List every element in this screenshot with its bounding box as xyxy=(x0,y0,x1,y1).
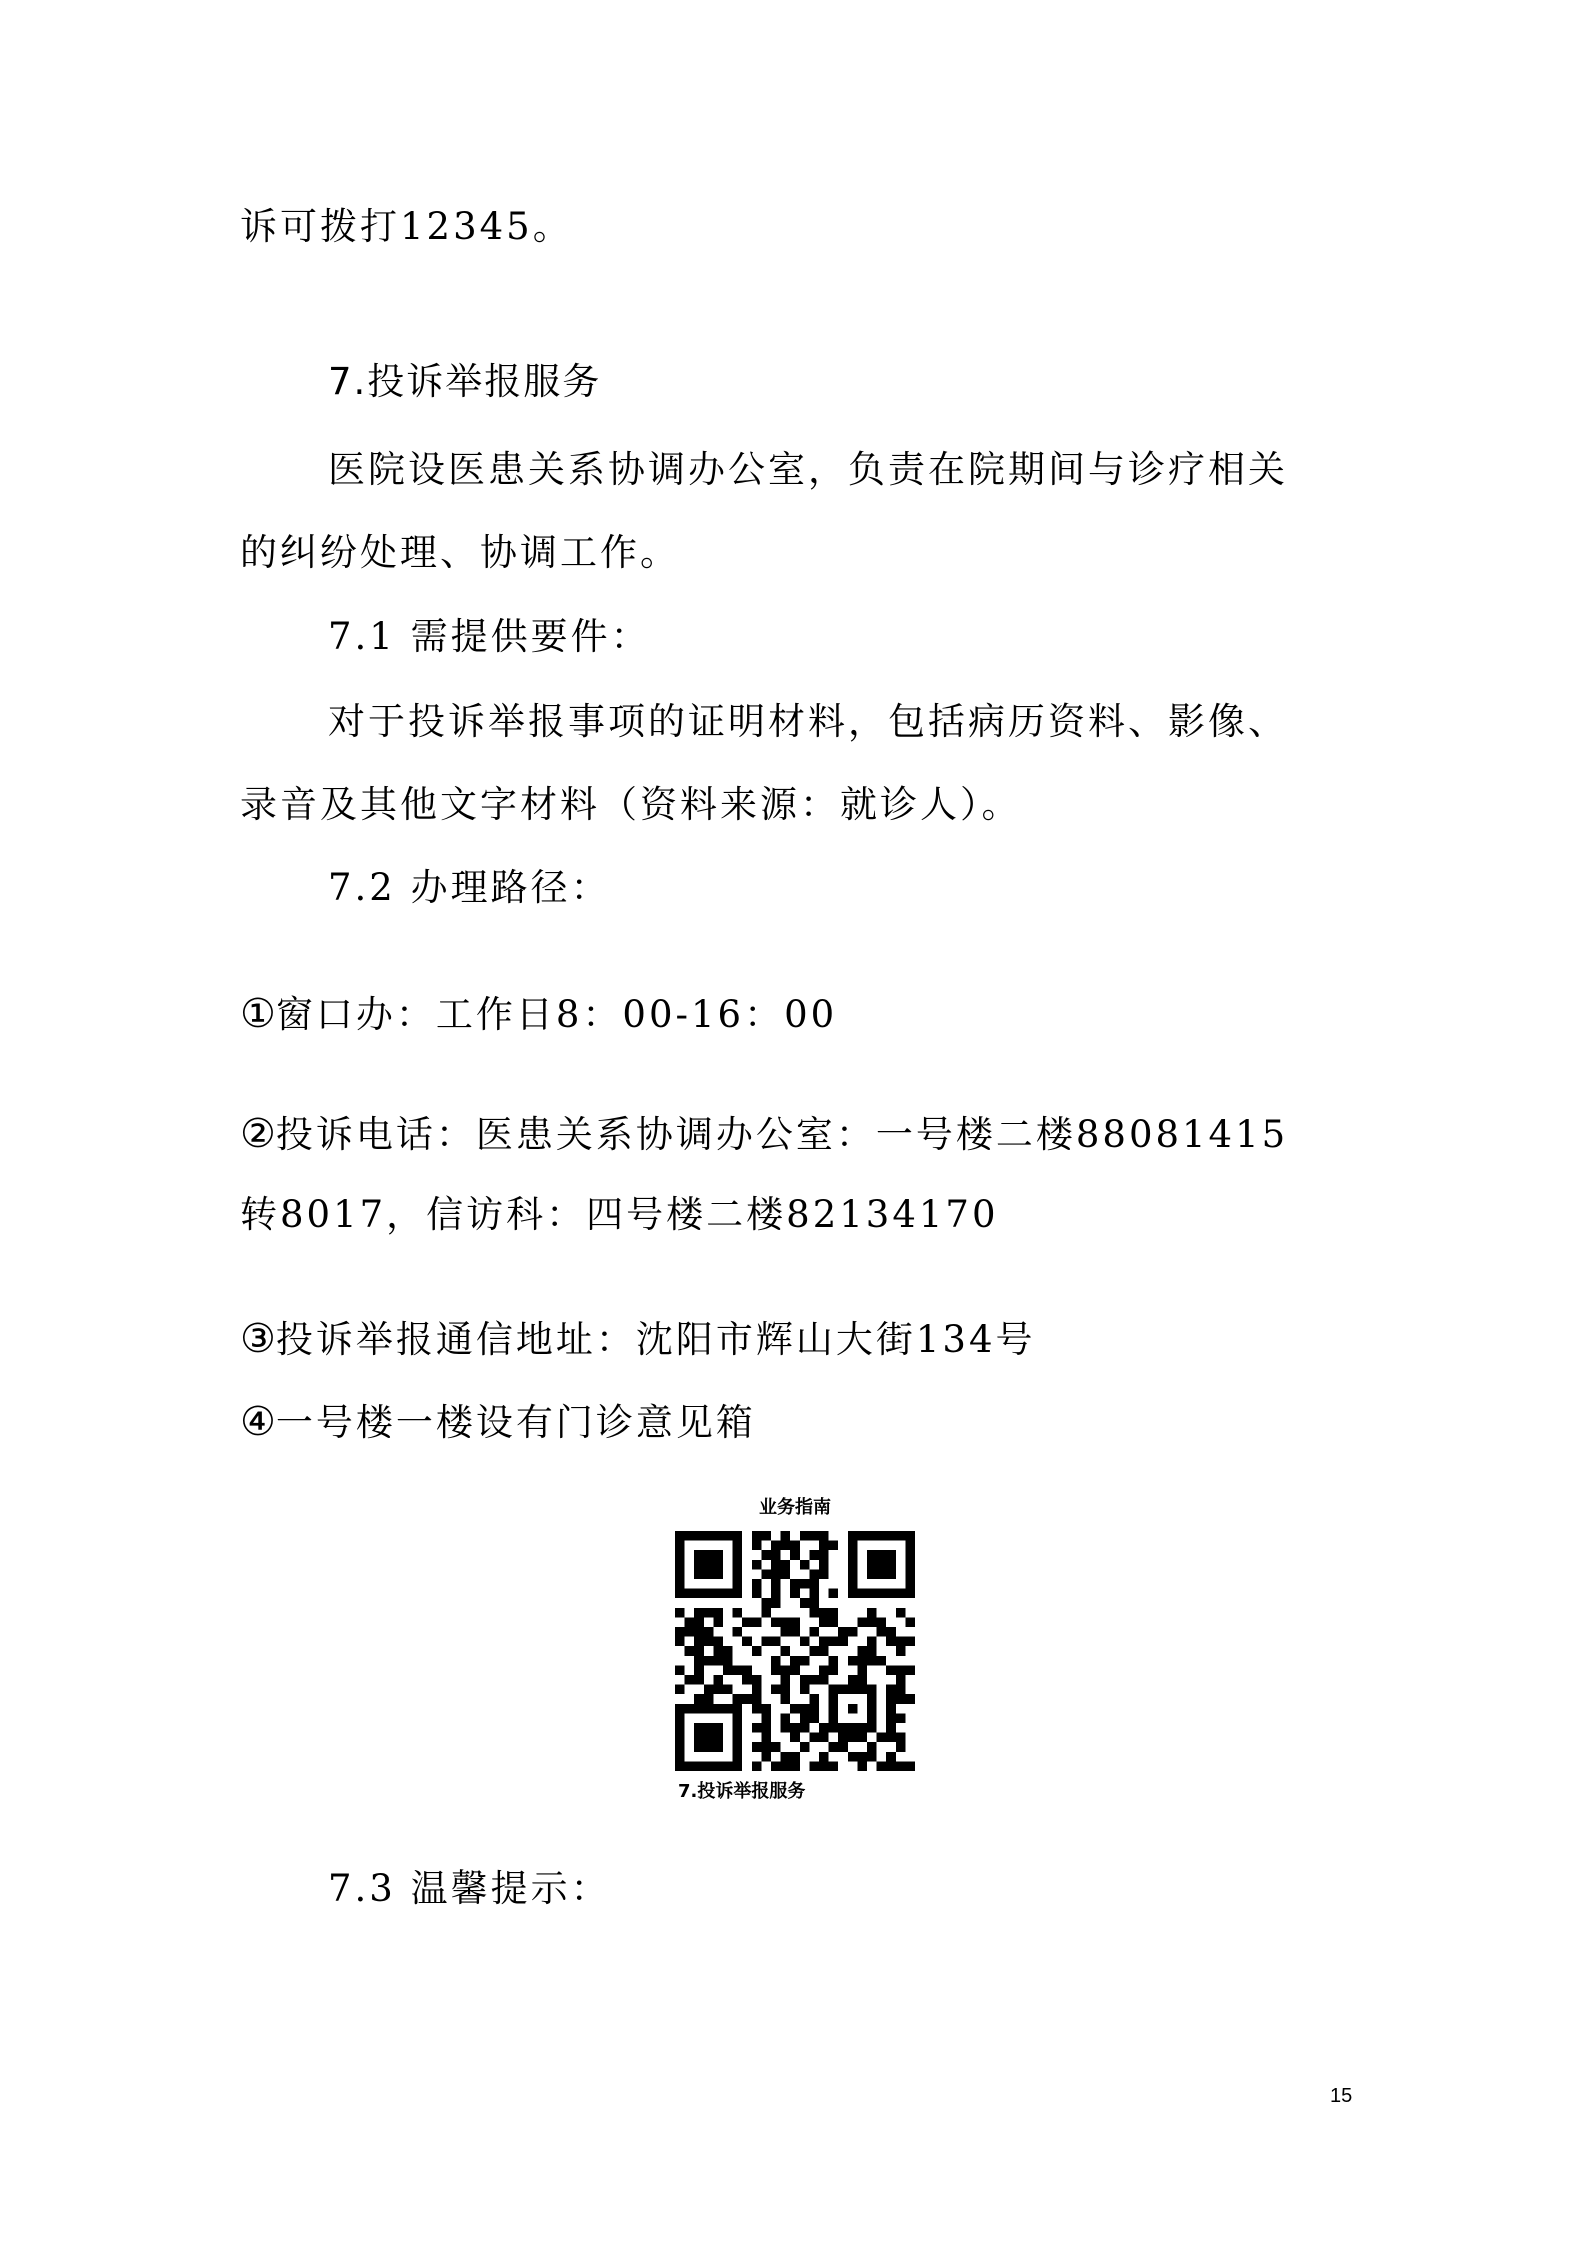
circled-number-1: ① xyxy=(240,991,276,1037)
path-item-2-continuation: 转8017，信访科：四号楼二楼82134170 xyxy=(240,1193,999,1237)
path-item-4: ④一号楼一楼设有门诊意见箱 xyxy=(240,1400,756,1445)
path-item-text: 一号楼一楼设有门诊意见箱 xyxy=(276,1401,756,1444)
path-item-text: 窗口办：工作日8：00-16：00 xyxy=(276,993,837,1036)
path-item-text: 投诉电话：医患关系协调办公室：一号楼二楼88081415 xyxy=(276,1113,1288,1156)
path-item-3: ③投诉举报通信地址：沈阳市辉山大街134号 xyxy=(240,1317,1035,1362)
qr-caption: 7.投诉举报服务 xyxy=(660,1779,930,1805)
path-item-2: ②投诉电话：医患关系协调办公室：一号楼二楼88081415 xyxy=(240,1112,1288,1157)
continuation-text: 诉可拨打12345。 xyxy=(240,205,573,249)
intro-line-2: 的纠纷处理、协调工作。 xyxy=(240,531,680,575)
path-item-text: 投诉举报通信地址：沈阳市辉山大街134号 xyxy=(276,1318,1036,1361)
intro-line-1: 医院设医患关系协调办公室，负责在院期间与诊疗相关 xyxy=(328,448,1288,492)
qr-code-block: 业务指南 xyxy=(660,1495,930,1805)
qr-code-image[interactable] xyxy=(675,1531,915,1771)
circled-number-2: ② xyxy=(240,1111,276,1157)
requirements-line-2: 录音及其他文字材料（资料来源：就诊人）。 xyxy=(240,783,1022,827)
section-heading: 7.投诉举报服务 xyxy=(328,360,601,404)
qr-title: 业务指南 xyxy=(660,1495,930,1521)
subsection-heading-7-3: 7.3 温馨提示： xyxy=(328,1867,611,1911)
requirements-line-1: 对于投诉举报事项的证明材料，包括病历资料、影像、 xyxy=(328,700,1288,744)
circled-number-3: ③ xyxy=(240,1316,276,1362)
subsection-heading-7-1: 7.1 需提供要件： xyxy=(328,615,651,659)
page-number: 15 xyxy=(1330,2085,1352,2108)
path-item-1: ①窗口办：工作日8：00-16：00 xyxy=(240,992,837,1037)
circled-number-4: ④ xyxy=(240,1399,276,1445)
subsection-heading-7-2: 7.2 办理路径： xyxy=(328,866,611,910)
